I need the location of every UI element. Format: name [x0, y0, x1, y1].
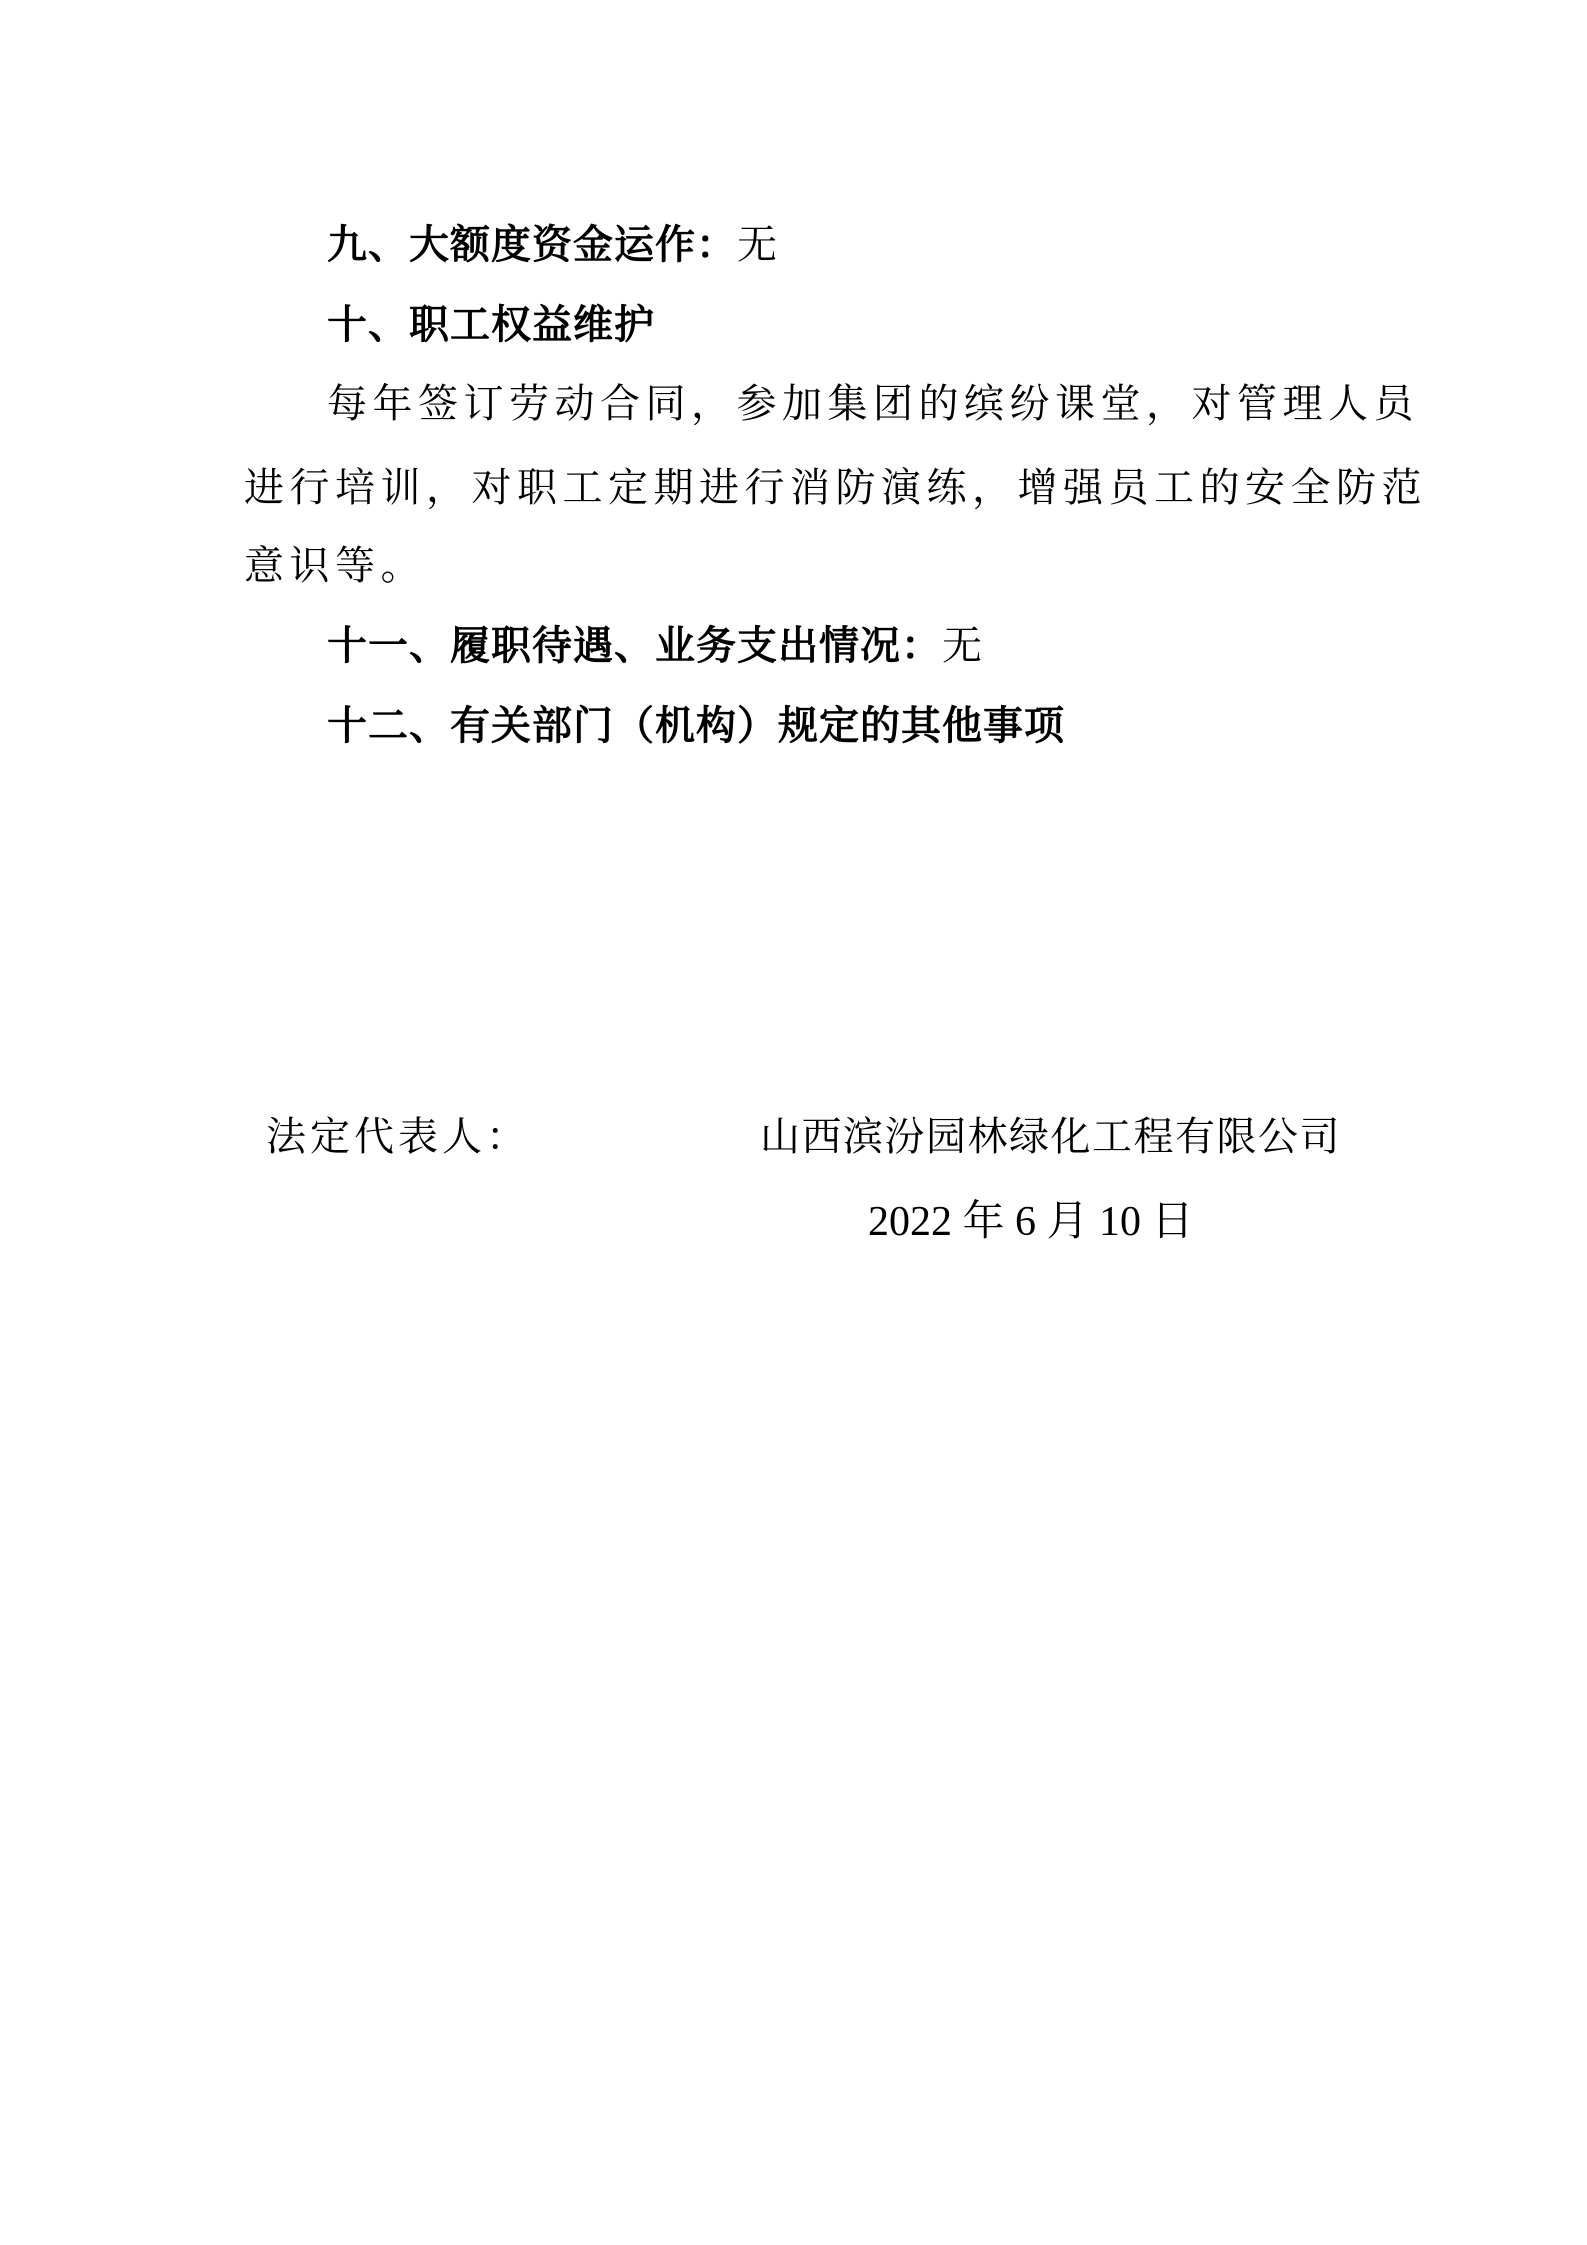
signature-date: 2022 年 6 月 10 日: [868, 1198, 1194, 1246]
company-name: 山西滨汾园林绿化工程有限公司: [760, 1113, 1341, 1161]
section-11-heading: 十一、履职待遇、业务支出情况：无: [327, 622, 988, 670]
paragraph-line-1: 每年签订劳动合同，参加集团的缤纷课堂，对管理人员: [327, 380, 1419, 428]
section-11-value: 无: [942, 623, 988, 669]
section-9-title: 九、大额度资金运作：: [327, 222, 737, 268]
section-12-heading: 十二、有关部门（机构）规定的其他事项: [327, 702, 1065, 750]
section-9-heading: 九、大额度资金运作：无: [327, 221, 783, 269]
section-10-heading: 十、职工权益维护: [327, 301, 655, 349]
paragraph-line-3: 意识等。: [244, 542, 426, 590]
section-11-title: 十一、履职待遇、业务支出情况：: [327, 623, 942, 669]
paragraph-line-2: 进行培训，对职工定期进行消防演练，增强员工的安全防范: [244, 464, 1427, 512]
legal-representative-label: 法定代表人：: [266, 1113, 530, 1161]
section-9-value: 无: [737, 222, 783, 268]
